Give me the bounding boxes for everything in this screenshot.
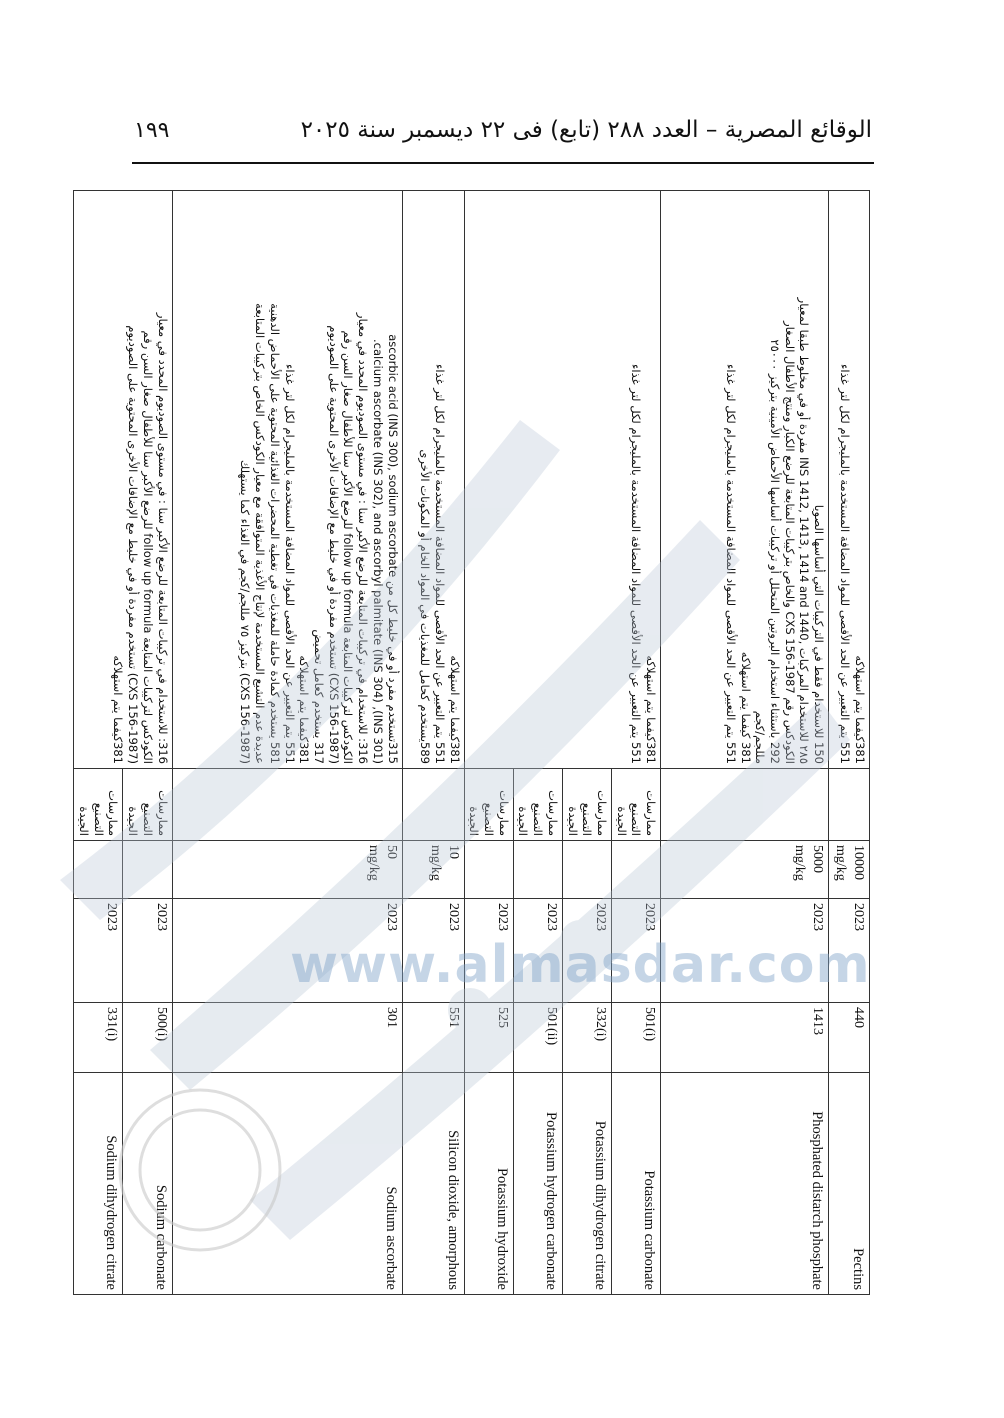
header-rule [132,162,874,164]
year-cell: 2023 [402,899,464,1003]
note-line: 292 باستثناء استخدام البروتين المتحلل أو… [767,195,782,764]
table-row: 381كيفما يتم استهلاكه551 يتم التعبير عن … [612,191,661,1295]
additives-table: 381كيفما يتم استهلاكه551 يتم التعبير عن … [73,190,870,1295]
note-line: 381كيفما يتم استهلاكه [852,195,867,764]
note-line: 381كيفما يتم استهلاكه [111,195,126,764]
max-level-cell [464,841,513,899]
max-level-cell [513,841,562,899]
year-cell: 2023 [464,899,513,1003]
year-cell: 2023 [74,899,123,1003]
year-cell: 2023 [123,899,172,1003]
table-row: 381كيفما يتم استهلاكه551 يتم التعبير عن … [829,191,870,1295]
practice-cell [829,769,870,841]
ins-number-cell: 501(i) [612,1003,661,1073]
note-line: (INS 301), calcium ascorbate (INS 302), … [370,195,385,764]
year-cell: 2023 [612,899,661,1003]
additives-table-rotated: 381كيفما يتم استهلاكه551 يتم التعبير عن … [131,190,870,1294]
additive-name-cell: Pectins [829,1073,870,1295]
note-line: ٢٨٥ للاستخدام المركبات ,INS 1412, 1413, … [797,195,812,764]
note-line: الكودكس لتركيبات المتابعة follow up form… [140,195,155,764]
max-level-cell: 10000 mg/kg [829,841,870,899]
table-row: 381كيفما يتم استهلاكه551 يتم التعبير عن … [402,191,464,1295]
ins-number-cell: 440 [829,1003,870,1073]
ins-number-cell: 1413 [661,1003,829,1073]
additive-name-cell: Sodium carbonate [123,1073,172,1295]
ins-number-cell: 331(i) [74,1003,123,1073]
note-line: 315تستخدم مفرد أو في خليط كل من ascorbic… [385,195,400,764]
year-cell: 2023 [562,899,611,1003]
max-level-cell [123,841,172,899]
table-row: 150 للاستخدام فقط في التركيبات التي أساس… [661,191,829,1295]
note-line: (CXS 156-1987) تستخدم مفردة أو في خليط م… [326,195,341,764]
additive-name-cell: Potassium hydrogen carbonate [513,1073,562,1295]
note-line: 381كيفما يتم استهلاكه [297,195,312,764]
year-cell: 2023 [661,899,829,1003]
practice-cell: ممارسات التصنيع الجيدة [123,769,172,841]
table-row: 316: للاستخدام في تركيبات المتابعة للرضع… [123,191,172,1295]
note-line: 316: للاستخدام في تركيبات المتابعة للرضع… [355,195,370,764]
max-level-cell: 5000 mg/kg [661,841,829,899]
table-row: 315تستخدم مفرد أو في خليط كل من ascorbic… [172,191,402,1295]
note-line: 589يستخدم كحامل للمغذيات في المواد الخام… [417,195,432,764]
notes-cell: 150 للاستخدام فقط في التركيبات التي أساس… [661,191,829,769]
additive-name-cell: Potassium dihydrogen citrate [562,1073,611,1295]
additive-name-cell: Sodium dihydrogen citrate [74,1073,123,1295]
max-level-cell [74,841,123,899]
max-level-cell [612,841,661,899]
notes-cell: 316: للاستخدام في تركيبات المتابعة للرضع… [74,191,172,769]
gazette-title: الوقائع المصرية – العدد ٢٨٨ (تابع) فى ٢٢… [301,117,872,143]
practice-cell: ممارسات التصنيع الجيدة [513,769,562,841]
note-line: 316: للاستخدام في تركيبات المتابعة للرضع… [155,195,170,764]
note-line: مللجم/كجم [753,195,768,764]
note-line: 317 يستخدم كعامل تحميض [311,195,326,764]
note-line: 551 يتم التعبير عن الحد الأقصى للمواد ال… [838,195,853,764]
ins-number-cell: 551 [402,1003,464,1073]
practice-cell: ممارسات التصنيع الجيدة [464,769,513,841]
practice-cell [172,769,402,841]
note-line: 551 يتم التعبير عن الحد الأقصى للمواد ال… [432,195,447,764]
note-line: عديدة عدم التشبع المستخدمة لإنتاج الأغذي… [252,195,267,764]
note-line: 551 يتم التعبير عن الحد الأقصى للمواد ال… [282,195,297,764]
max-level-cell: 50 mg/kg [172,841,402,899]
additive-name-cell: Sodium ascorbate [172,1073,402,1295]
page-header: الوقائع المصرية – العدد ٢٨٨ (تابع) فى ٢٢… [134,108,872,152]
note-line: 551 يتم التعبير عن الحد الأقصى للمواد ال… [723,195,738,764]
practice-cell [661,769,829,841]
max-level-cell [562,841,611,899]
ins-number-cell: 301 [172,1003,402,1073]
ins-number-cell: 500(i) [123,1003,172,1073]
practice-cell: ممارسات التصنيع الجيدة [74,769,123,841]
notes-cell: 381كيفما يتم استهلاكه551 يتم التعبير عن … [829,191,870,769]
note-line: 381 كيفما يتم استهلاكه [738,195,753,764]
practice-cell: ممارسات التصنيع الجيدة [612,769,661,841]
note-line: 381كيفما يتم استهلاكه [447,195,462,764]
additive-name-cell: Phosphated distarch phosphate [661,1073,829,1295]
year-cell: 2023 [513,899,562,1003]
practice-cell [402,769,464,841]
ins-number-cell: 332(i) [562,1003,611,1073]
note-line: الكودكس لتركيبات المتابعة follow up form… [341,195,356,764]
max-level-cell: 10 mg/kg [402,841,464,899]
note-line: (CXS 156-1987) بتركيز ٧٥ مللجم/كجم في ال… [238,195,253,764]
note-line: 581 يستخدم كمادة حاملة للمغذيات في تغطية… [267,195,282,764]
additive-name-cell: Potassium carbonate [612,1073,661,1295]
additive-name-cell: Potassium hydroxide [464,1073,513,1295]
note-line: 150 للاستخدام فقط في التركيبات التي أساس… [811,195,826,764]
practice-cell: ممارسات التصنيع الجيدة [562,769,611,841]
year-cell: 2023 [172,899,402,1003]
note-line: 381كيفما يتم استهلاكه [643,195,658,764]
notes-cell: 381كيفما يتم استهلاكه551 يتم التعبير عن … [464,191,661,769]
note-line: (CXS 156-1987) تستخدم مفردة أو في خليط م… [125,195,140,764]
notes-cell: 315تستخدم مفرد أو في خليط كل من ascorbic… [172,191,402,769]
ins-number-cell: 501(ii) [513,1003,562,1073]
page-number: ١٩٩ [134,118,169,143]
year-cell: 2023 [829,899,870,1003]
note-line: الكودكس رقم CXS 156-1987 والخاص بتركيبات… [782,195,797,764]
ins-number-cell: 525 [464,1003,513,1073]
note-line: 551 يتم التعبير عن الحد الأقصى للمواد ال… [629,195,644,764]
additive-name-cell: Silicon dioxide, amorphous [402,1073,464,1295]
notes-cell: 381كيفما يتم استهلاكه551 يتم التعبير عن … [402,191,464,769]
